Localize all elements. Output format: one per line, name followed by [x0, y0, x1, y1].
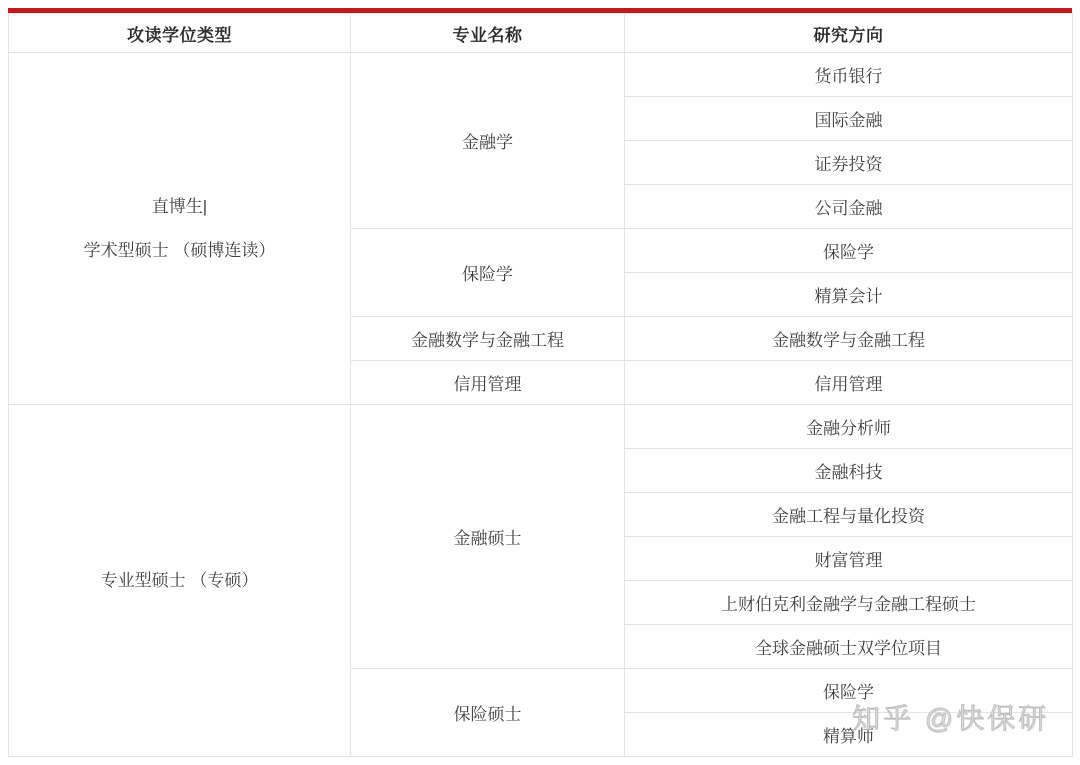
col-header-major-name: 专业名称: [351, 14, 625, 53]
table-row: 直博生| 学术型硕士 （硕博连读） 金融学 货币银行: [9, 53, 1073, 97]
major-cell-credit-management: 信用管理: [351, 361, 625, 405]
degree-program-table-wrap: 攻读学位类型 专业名称 研究方向 直博生| 学术型硕士 （硕博连读） 金融学 货…: [8, 8, 1072, 757]
degree-type-line-1: 直博生|: [15, 185, 344, 229]
direction-cell: 货币银行: [625, 53, 1073, 97]
direction-cell: 保险学: [625, 229, 1073, 273]
direction-cell: 精算师: [625, 713, 1073, 757]
degree-type-cell-professional: 专业型硕士 （专硕）: [9, 405, 351, 757]
major-cell-finance-master: 金融硕士: [351, 405, 625, 669]
direction-cell: 保险学: [625, 669, 1073, 713]
direction-cell: 全球金融硕士双学位项目: [625, 625, 1073, 669]
col-header-research-direction: 研究方向: [625, 14, 1073, 53]
degree-type-cell-academic: 直博生| 学术型硕士 （硕博连读）: [9, 53, 351, 405]
major-cell-insurance-master: 保险硕士: [351, 669, 625, 757]
direction-cell: 公司金融: [625, 185, 1073, 229]
direction-cell: 金融工程与量化投资: [625, 493, 1073, 537]
direction-cell: 精算会计: [625, 273, 1073, 317]
direction-cell: 金融分析师: [625, 405, 1073, 449]
direction-cell: 金融数学与金融工程: [625, 317, 1073, 361]
major-cell-insurance: 保险学: [351, 229, 625, 317]
col-header-degree-type: 攻读学位类型: [9, 14, 351, 53]
direction-cell: 信用管理: [625, 361, 1073, 405]
direction-cell: 金融科技: [625, 449, 1073, 493]
major-cell-financial-math-engineering: 金融数学与金融工程: [351, 317, 625, 361]
direction-cell: 证券投资: [625, 141, 1073, 185]
direction-cell: 上财伯克利金融学与金融工程硕士: [625, 581, 1073, 625]
direction-cell: 财富管理: [625, 537, 1073, 581]
header-row: 攻读学位类型 专业名称 研究方向: [9, 14, 1073, 53]
degree-type-line-2: 学术型硕士 （硕博连读）: [15, 229, 344, 273]
degree-program-table: 攻读学位类型 专业名称 研究方向 直博生| 学术型硕士 （硕博连读） 金融学 货…: [8, 13, 1073, 757]
major-cell-finance: 金融学: [351, 53, 625, 229]
direction-cell: 国际金融: [625, 97, 1073, 141]
table-row: 专业型硕士 （专硕） 金融硕士 金融分析师: [9, 405, 1073, 449]
degree-type-line-1: 专业型硕士 （专硕）: [15, 559, 344, 603]
